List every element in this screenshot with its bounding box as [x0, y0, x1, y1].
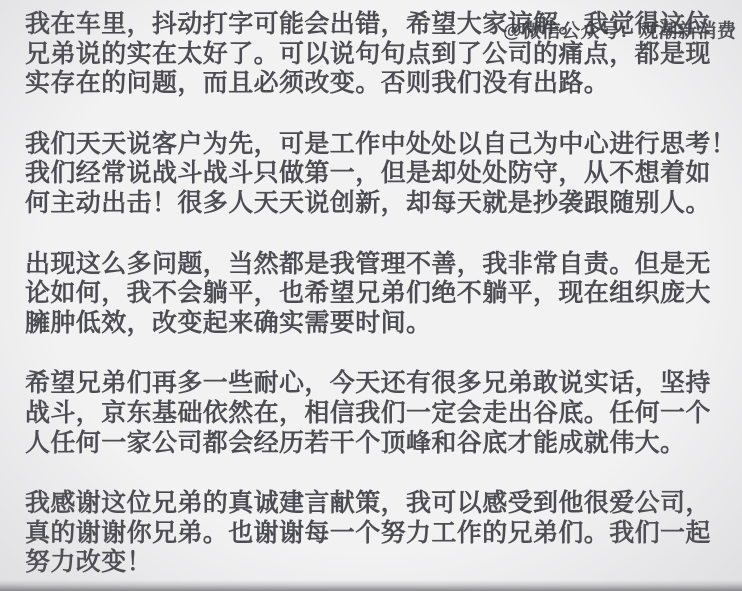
- paragraph: 我们天天说客户为先，可是工作中处处以自己为中心进行思考！我们经常说战斗战斗只做第…: [25, 130, 726, 219]
- text-line: 何主动出击！很多人天天说创新，却每天就是抄袭跟随别人。: [25, 189, 726, 219]
- text-line: 人任何一家公司都会经历若干个顶峰和谷底才能成就伟大。: [25, 429, 726, 459]
- memo-text: 我在车里，抖动打字可能会出错，希望大家谅解。我觉得这位兄弟说的实在太好了。可以说…: [25, 10, 726, 578]
- text-line: 努力改变！: [25, 548, 726, 578]
- text-line: 真的谢谢你兄弟。也谢谢每一个努力工作的兄弟们。我们一起: [25, 519, 726, 549]
- paragraph: 我感谢这位兄弟的真诚建言献策，我可以感受到他很爱公司，真的谢谢你兄弟。也谢谢每一…: [25, 489, 726, 578]
- watermark: @微信公众号：观潮新消费: [503, 16, 737, 43]
- text-line: 实存在的问题，而且必须改变。否则我们没有出路。: [25, 69, 726, 99]
- text-line: 臃肿低效，改变起来确实需要时间。: [25, 309, 726, 339]
- text-photo: 我在车里，抖动打字可能会出错，希望大家谅解。我觉得这位兄弟说的实在太好了。可以说…: [0, 0, 742, 591]
- text-line: 我感谢这位兄弟的真诚建言献策，我可以感受到他很爱公司，: [25, 489, 726, 519]
- paragraph: 出现这么多问题，当然都是我管理不善，我非常自责。但是无论如何，我不会躺平，也希望…: [25, 250, 726, 339]
- text-line: 论如何，我不会躺平，也希望兄弟们绝不躺平，现在组织庞大: [25, 279, 726, 309]
- text-line: 战斗，京东基础依然在，相信我们一定会走出谷底。任何一个: [25, 399, 726, 429]
- bottom-shade: [0, 580, 742, 591]
- text-line: 我们天天说客户为先，可是工作中处处以自己为中心进行思考！: [25, 130, 726, 160]
- text-line: 希望兄弟们再多一些耐心，今天还有很多兄弟敢说实话，坚持: [25, 369, 726, 399]
- text-line: 我们经常说战斗战斗只做第一，但是却处处防守，从不想着如: [25, 159, 726, 189]
- text-line: 兄弟说的实在太好了。可以说句句点到了公司的痛点，都是现: [25, 40, 726, 70]
- paragraph: 希望兄弟们再多一些耐心，今天还有很多兄弟敢说实话，坚持战斗，京东基础依然在，相信…: [25, 369, 726, 458]
- text-line: 出现这么多问题，当然都是我管理不善，我非常自责。但是无: [25, 250, 726, 280]
